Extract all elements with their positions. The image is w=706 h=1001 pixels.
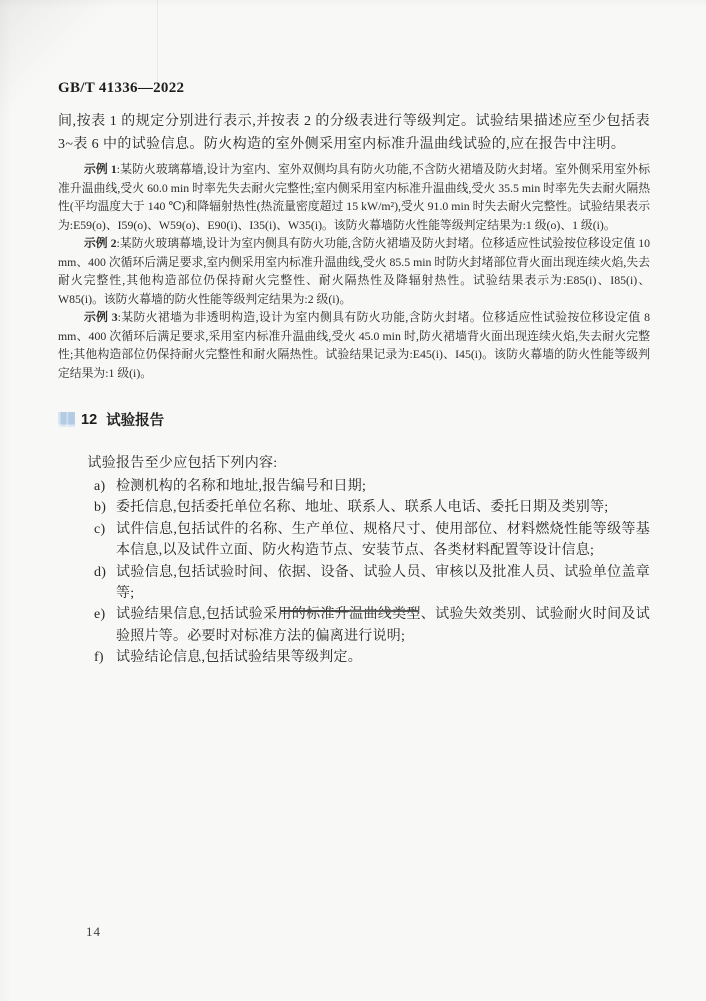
list-item-marker: e) xyxy=(94,604,116,647)
example-2: 示例 2:某防火玻璃幕墙,设计为室内侧具有防火功能,含防火裙墙及防火封堵。位移适… xyxy=(58,234,650,308)
end-of-text-rule xyxy=(281,610,418,612)
list-item-d: d) 试验信息,包括试验时间、依据、设备、试验人员、审核以及批准人员、试验单位盖… xyxy=(58,562,650,605)
intro-paragraph: 间,按表 1 的规定分别进行表示,并按表 2 的分级表进行等级判定。试验结果描述… xyxy=(58,110,650,156)
list-lead: 试验报告至少应包括下列内容: xyxy=(58,453,650,475)
example-3-label: 示例 3 xyxy=(84,310,118,324)
list-item-text: 试验结论信息,包括试验结果等级判定。 xyxy=(116,647,650,668)
example-2-text: :某防火玻璃幕墙,设计为室内侧具有防火功能,含防火裙墙及防火封堵。位移适应性试验… xyxy=(58,236,650,306)
example-1: 示例 1:某防火玻璃幕墙,设计为室内、室外双侧均具有防火功能,不含防火裙墙及防火… xyxy=(58,160,650,234)
document-page: GB/T 41336—2022 间,按表 1 的规定分别进行表示,并按表 2 的… xyxy=(0,0,706,1001)
list-item-text: 委托信息,包括委托单位名称、地址、联系人、联系人电话、委托日期及类别等; xyxy=(116,497,650,518)
list-item-marker: d) xyxy=(94,562,116,605)
list-item-marker: f) xyxy=(94,647,116,668)
standard-number: GB/T 41336—2022 xyxy=(58,80,650,97)
list-item-b: b) 委托信息,包括委托单位名称、地址、联系人、联系人电话、委托日期及类别等; xyxy=(58,497,650,518)
section-title: 试验报告 xyxy=(106,409,164,430)
report-requirements-list: a) 检测机构的名称和地址,报告编号和日期; b) 委托信息,包括委托单位名称、… xyxy=(58,476,650,669)
example-3-text: :某防火裙墙为非透明构造,设计为室内侧具有防火功能,含防火封堵。位移适应性试验按… xyxy=(58,310,650,380)
page-number: 14 xyxy=(86,924,101,940)
examples-block: 示例 1:某防火玻璃幕墙,设计为室内、室外双侧均具有防火功能,不含防火裙墙及防火… xyxy=(58,160,650,382)
list-item-marker: a) xyxy=(94,476,116,497)
page-content: GB/T 41336—2022 间,按表 1 的规定分别进行表示,并按表 2 的… xyxy=(58,80,650,669)
example-3: 示例 3:某防火裙墙为非透明构造,设计为室内侧具有防火功能,含防火封堵。位移适应… xyxy=(58,308,650,382)
list-item-f: f) 试验结论信息,包括试验结果等级判定。 xyxy=(58,647,650,668)
list-item-text: 试件信息,包括试件的名称、生产单位、规格尺寸、使用部位、材料燃烧性能等级等基本信… xyxy=(116,519,650,562)
list-item-marker: b) xyxy=(94,497,116,518)
example-1-text: :某防火玻璃幕墙,设计为室内、室外双侧均具有防火功能,不含防火裙墙及防火封堵。室… xyxy=(58,162,650,232)
scan-crease-line xyxy=(157,0,158,86)
list-item-c: c) 试件信息,包括试件的名称、生产单位、规格尺寸、使用部位、材料燃烧性能等级等… xyxy=(58,519,650,562)
list-item-text: 试验信息,包括试验时间、依据、设备、试验人员、审核以及批准人员、试验单位盖章等; xyxy=(116,562,650,605)
watermark-stamp-icon xyxy=(58,412,75,427)
section-number: 12 xyxy=(81,412,97,428)
example-2-label: 示例 2 xyxy=(84,236,117,250)
section-heading: 12 试验报告 xyxy=(58,409,650,430)
example-1-label: 示例 1 xyxy=(84,162,117,176)
list-item-a: a) 检测机构的名称和地址,报告编号和日期; xyxy=(58,476,650,497)
list-item-text: 检测机构的名称和地址,报告编号和日期; xyxy=(116,476,650,497)
list-item-marker: c) xyxy=(94,519,116,562)
